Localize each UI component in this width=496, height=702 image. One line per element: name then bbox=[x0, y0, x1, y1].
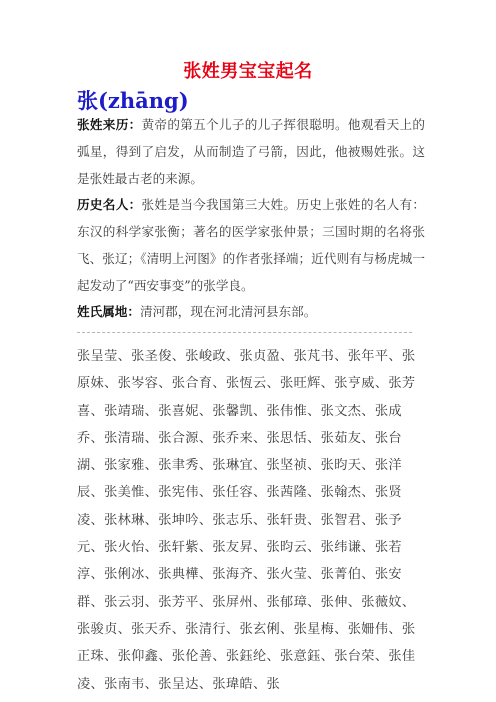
famous-people-paragraph: 历史名人：张姓是当今我国第三大姓。历史上张姓的名人有：东汉的科学家张衡；著名的医… bbox=[77, 191, 425, 299]
region-label: 姓氏属地： bbox=[77, 304, 140, 319]
page-title: 张姓男宝宝起名 bbox=[0, 61, 496, 83]
dashed-divider bbox=[77, 332, 412, 333]
region-text: 清河郡，现在河北清河县东部。 bbox=[140, 304, 316, 319]
document-page: 张姓男宝宝起名 张(zhāng) 张姓来历：黄帝的第五个儿子的儿子挥很聪明。他观… bbox=[0, 0, 496, 702]
region-paragraph: 姓氏属地：清河郡，现在河北清河县东部。 bbox=[77, 298, 425, 325]
origin-paragraph: 张姓来历：黄帝的第五个儿子的儿子挥很聪明。他观看天上的弧星，得到了启发，从而制造… bbox=[77, 111, 425, 192]
surname-character: 张 bbox=[77, 89, 98, 113]
surname-pinyin: (zhāng) bbox=[98, 88, 189, 113]
name-list: 张呈莹、张圣俊、张峻政、张贞盈、张芃书、张年平、张原妹、张岑容、张合育、张恆云、… bbox=[77, 343, 427, 698]
origin-label: 张姓来历： bbox=[77, 117, 142, 132]
famous-people-label: 历史名人： bbox=[77, 197, 142, 212]
